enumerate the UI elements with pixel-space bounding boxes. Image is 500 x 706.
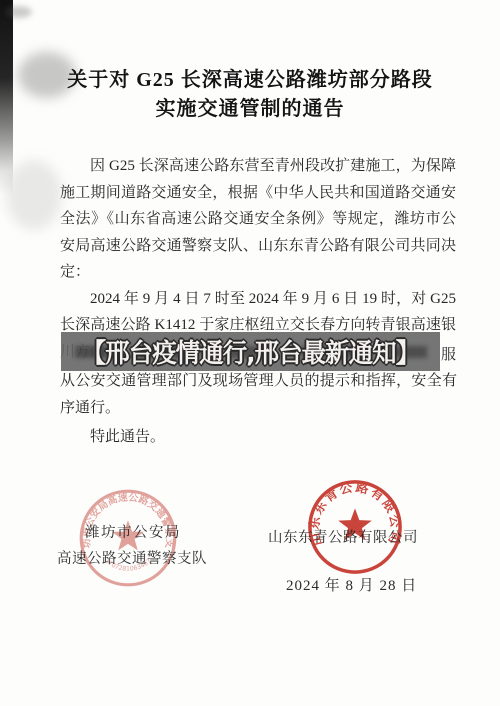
signature-company-name: 山东东青公路有限公司 — [268, 526, 418, 547]
notice-paragraph-1: 因 G25 长深高速公路东营至青州段改扩建施工，为保障施工期间道路交通安全，根据… — [60, 153, 456, 286]
obscured-line-visible-tail: 服 — [441, 343, 456, 364]
scan-smudge — [6, 160, 62, 230]
notice-title-line1: 关于对 G25 长深高速公路潍坊部分路段 — [0, 66, 500, 95]
notice-title: 关于对 G25 长深高速公路潍坊部分路段 实施交通管制的通告 — [0, 66, 500, 124]
scanned-notice-page: 关于对 G25 长深高速公路潍坊部分路段 实施交通管制的通告 因 G25 长深高… — [0, 0, 500, 706]
notice-closing: 特此通告。 — [60, 424, 456, 451]
scan-smudge — [6, 6, 32, 18]
watermark-band: 【邢台疫情通行,邢台最新通知】 — [61, 332, 440, 371]
watermark-text: 【邢台疫情通行,邢台最新通知】 — [82, 333, 419, 370]
signature-date: 2024 年 8 月 28 日 — [286, 574, 417, 595]
notice-title-line2: 实施交通管制的通告 — [0, 95, 500, 124]
notice-paragraph-3: 从公安交通管理部门及现场管理人员的提示和指挥，安全有序通行。 — [60, 368, 457, 421]
signature-police-line1: 潍坊市公安局 — [85, 521, 181, 542]
signature-police-line2: 高速公路交通警察支队 — [57, 547, 207, 568]
